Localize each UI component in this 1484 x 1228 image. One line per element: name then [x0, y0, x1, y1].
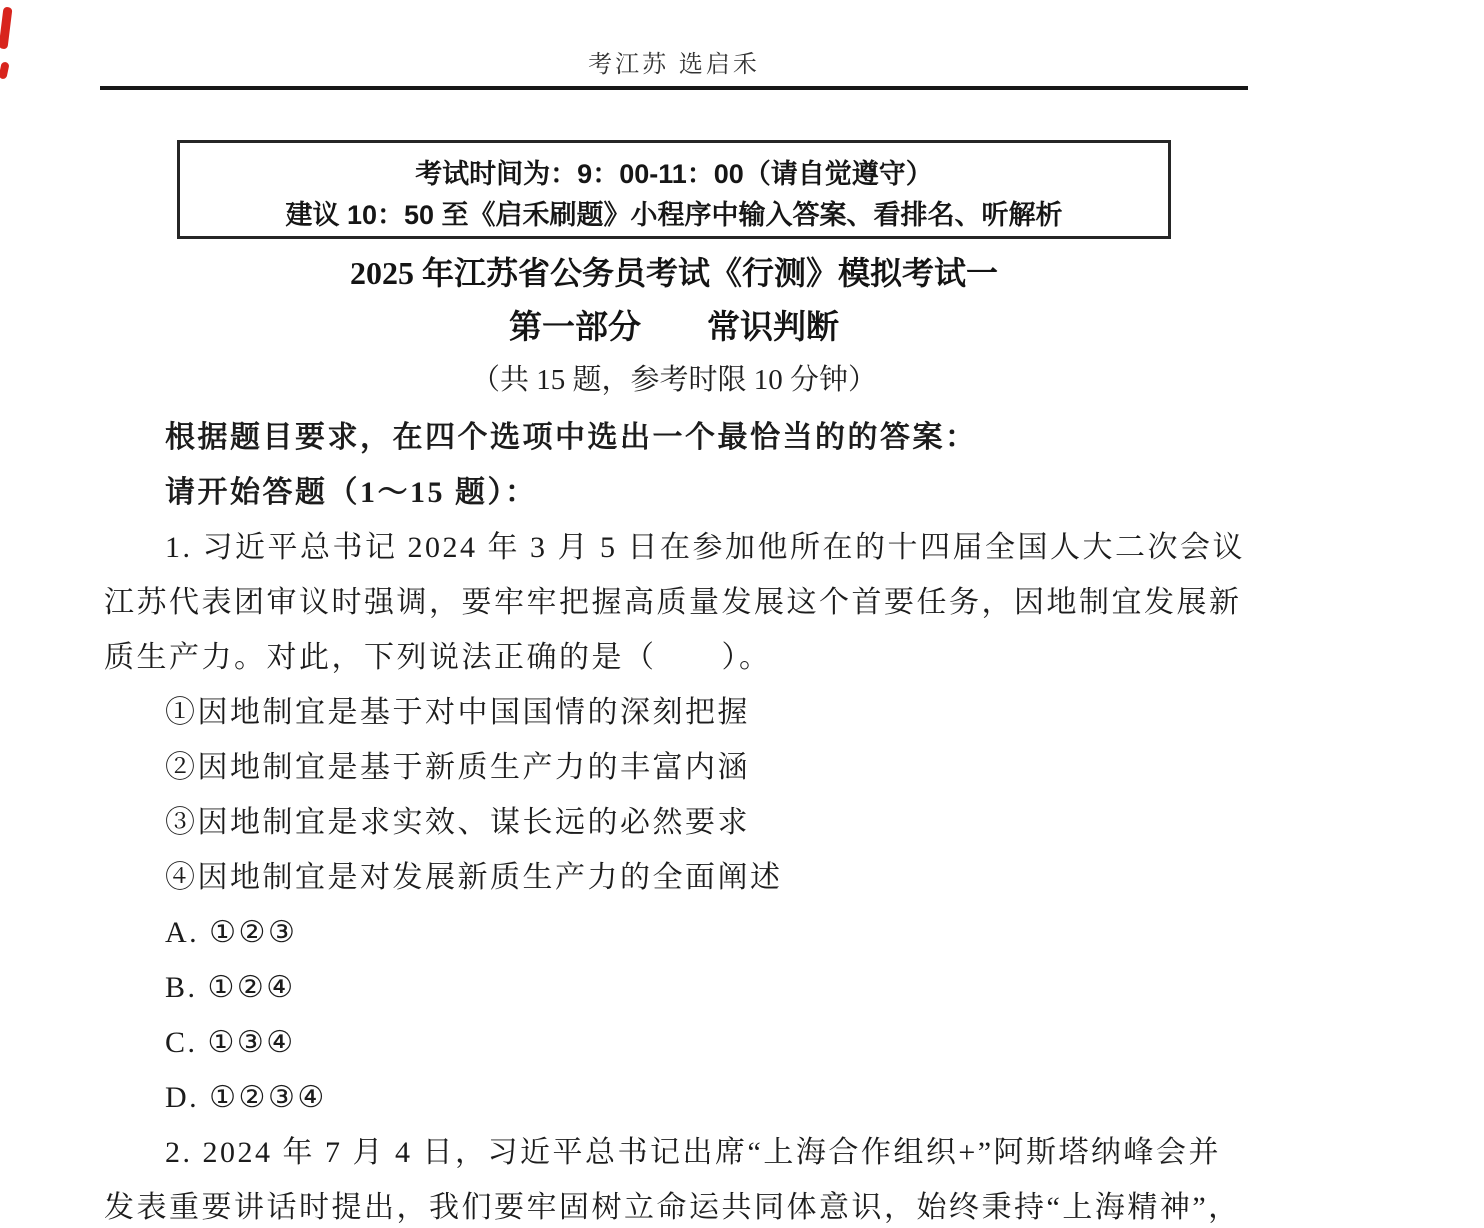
- question1-statement-4: ④因地制宜是对发展新质生产力的全面阐述: [104, 850, 1268, 905]
- question1-option-d: D. ①②③④: [104, 1070, 1268, 1125]
- question1-statement-2: ②因地制宜是基于新质生产力的丰富内涵: [104, 740, 1268, 795]
- question1-statement-3: ③因地制宜是求实效、谋长远的必然要求: [104, 795, 1268, 850]
- question1-option-a: A. ①②③: [104, 905, 1268, 960]
- question1-line-1: 1. 习近平总书记 2024 年 3 月 5 日在参加他所在的十四届全国人大二次…: [104, 520, 1268, 575]
- section-title: 第一部分 常识判断: [100, 306, 1248, 348]
- question1-option-c: C. ①③④: [104, 1015, 1268, 1070]
- red-brush-mark-bottom: [0, 61, 10, 79]
- question1-line-3: 质生产力。对此，下列说法正确的是（ ）。: [104, 630, 1268, 685]
- notice-line-time: 考试时间为：9：00-11：00（请自觉遵守）: [180, 154, 1168, 195]
- header-divider: [100, 86, 1248, 90]
- question1-statement-1: ①因地制宜是基于对中国国情的深刻把握: [104, 685, 1268, 740]
- red-brush-mark-top: [0, 7, 13, 50]
- page-header: 考江苏 选启禾: [100, 50, 1248, 80]
- exam-notice-box: 考试时间为：9：00-11：00（请自觉遵守） 建议 10：50 至《启禾刷题》…: [177, 140, 1171, 239]
- instruction-line: 根据题目要求，在四个选项中选出一个最恰当的的答案：: [104, 410, 1268, 465]
- notice-line-suggestion: 建议 10：50 至《启禾刷题》小程序中输入答案、看排名、听解析: [180, 195, 1168, 236]
- question2-line-1: 2. 2024 年 7 月 4 日，习近平总书记出席“上海合作组织+”阿斯塔纳峰…: [104, 1125, 1268, 1180]
- exam-title: 2025 年江苏省公务员考试《行测》模拟考试一: [100, 252, 1248, 294]
- question1-line-2: 江苏代表团审议时强调，要牢牢把握高质量发展这个首要任务，因地制宜发展新: [104, 575, 1268, 630]
- question2-line-2: 发表重要讲话时提出，我们要牢固树立命运共同体意识，始终秉持“上海精神”，: [104, 1180, 1268, 1228]
- exam-body: 根据题目要求，在四个选项中选出一个最恰当的的答案： 请开始答题（1～15 题）：…: [104, 410, 1268, 1228]
- exam-document-page: 考江苏 选启禾 考试时间为：9：00-11：00（请自觉遵守） 建议 10：50…: [0, 0, 1484, 1228]
- question1-option-b: B. ①②④: [104, 960, 1268, 1015]
- begin-answer-line: 请开始答题（1～15 题）：: [104, 465, 1268, 520]
- question-count-note: （共 15 题，参考时限 10 分钟）: [100, 359, 1248, 401]
